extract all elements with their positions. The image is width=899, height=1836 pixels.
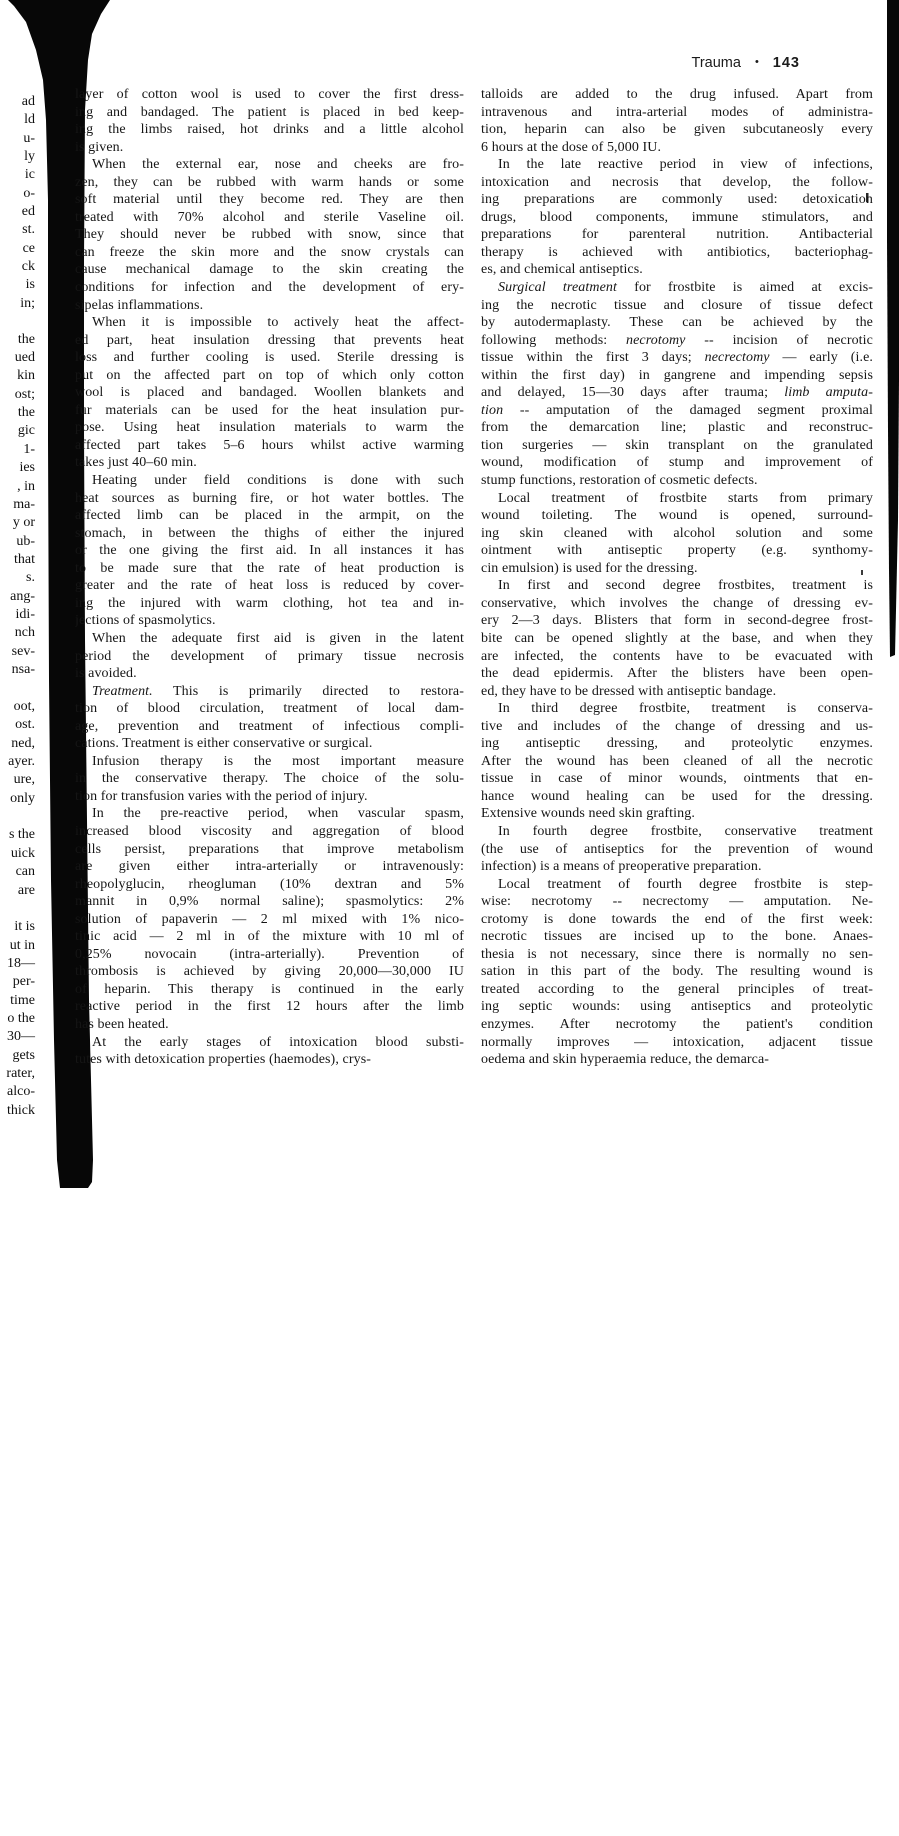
- text-line: thrombosis is achieved by giving 20,000—…: [75, 963, 464, 981]
- margin-text-fragment: , in: [17, 478, 35, 495]
- text-line: In the pre-reactive period, when vascula…: [75, 805, 464, 823]
- margin-text-fragment: only: [10, 790, 35, 807]
- text-line: When it is impossible to actively heat t…: [75, 314, 464, 332]
- text-line: crotomy is done towards the end of the f…: [481, 911, 873, 929]
- text-line: ing and bandaged. The patient is placed …: [75, 104, 464, 122]
- text-line: or the one giving the first aid. In all …: [75, 542, 464, 560]
- margin-text-fragment: uick: [11, 845, 35, 862]
- text-line: intravenous and intra-arterial modes of …: [481, 104, 873, 122]
- text-line: ointment with antiseptic property (e.g. …: [481, 542, 873, 560]
- header-separator-dot: •: [755, 56, 759, 68]
- text-line: ing the limbs raised, hot drinks and a l…: [75, 121, 464, 139]
- margin-text-fragment: the: [18, 331, 35, 348]
- text-line: sation in this part of the body. The res…: [481, 963, 873, 981]
- margin-text-fragment: ly: [24, 148, 35, 165]
- text-line: tion for transfusion varies with the per…: [75, 788, 464, 806]
- text-line: soft material until they become red. The…: [75, 191, 464, 209]
- text-line: Local treatment of frostbite starts from…: [481, 490, 873, 508]
- text-line: heat sources as burning fire, or hot wat…: [75, 490, 464, 508]
- text-line: tion, heparin can also be given subcutan…: [481, 121, 873, 139]
- text-line: are infected, the contents have to be ev…: [481, 648, 873, 666]
- margin-text-fragment: it is: [14, 918, 35, 935]
- margin-text-fragment: is: [26, 276, 35, 293]
- text-line: zen, they can be rubbed with warm hands …: [75, 174, 464, 192]
- text-line: mannit in 0,9% normal saline); spasmolyt…: [75, 893, 464, 911]
- text-line: and delayed, 15—30 days after trauma; li…: [481, 384, 873, 402]
- margin-text-fragment: the: [18, 404, 35, 421]
- text-line: is given.: [75, 139, 464, 157]
- cutoff-margin-text: adldu-lyico-edst.ceckisin;theuedkinost;t…: [0, 0, 37, 1200]
- running-head-title: Trauma: [692, 55, 741, 71]
- text-line: ing preparations are commonly used: deto…: [481, 191, 873, 209]
- margin-text-fragment: ned,: [11, 735, 35, 752]
- text-line: to be made sure that the rate of heat pr…: [75, 560, 464, 578]
- text-line: rheopolyglucin, rheogluman (10% dextran …: [75, 876, 464, 894]
- text-line: in the conservative therapy. The choice …: [75, 770, 464, 788]
- text-line: greater and the rate of heat loss is red…: [75, 577, 464, 595]
- margin-text-fragment: gets: [12, 1047, 35, 1064]
- margin-text-fragment: time: [10, 992, 35, 1009]
- margin-text-fragment: nch: [15, 624, 35, 641]
- page-number: 143: [773, 55, 800, 71]
- margin-text-fragment: ut in: [10, 937, 35, 954]
- margin-text-fragment: ued: [15, 349, 35, 366]
- text-line: They should never be rubbed with snow, s…: [75, 226, 464, 244]
- margin-text-fragment: are: [18, 882, 35, 899]
- margin-text-fragment: oot,: [14, 698, 35, 715]
- text-line: treated with 70% alcohol and sterile Vas…: [75, 209, 464, 227]
- right-text-column: talloids are added to the drug infused. …: [481, 86, 873, 1069]
- margin-text-fragment: ma-: [13, 496, 35, 513]
- text-line: tive and includes of the change of dress…: [481, 718, 873, 736]
- margin-text-fragment: in;: [20, 295, 35, 312]
- text-line: cause mechanical damage to the skin crea…: [75, 261, 464, 279]
- text-line: conservative, which involves the change …: [481, 595, 873, 613]
- text-line: necrotic tissues are incised up to the b…: [481, 928, 873, 946]
- text-line: cations. Treatment is either conservativ…: [75, 735, 464, 753]
- text-line: Local treatment of fourth degree frostbi…: [481, 876, 873, 894]
- margin-text-fragment: ld: [24, 111, 35, 128]
- margin-text-fragment: that: [14, 551, 35, 568]
- text-line: pose. Using heat insulation materials to…: [75, 419, 464, 437]
- text-line: wool is placed and bandaged. Woollen bla…: [75, 384, 464, 402]
- text-line: In first and second degree frostbites, t…: [481, 577, 873, 595]
- margin-text-fragment: u-: [23, 130, 35, 147]
- text-line: In third degree frostbite, treatment is …: [481, 700, 873, 718]
- text-line: affected limb can be placed in the armpi…: [75, 507, 464, 525]
- margin-text-fragment: nsa-: [12, 661, 35, 678]
- text-line: After the wound has been cleaned of all …: [481, 753, 873, 771]
- text-line: tutes with detoxication properties (haem…: [75, 1051, 464, 1069]
- text-line: takes just 40–60 min.: [75, 454, 464, 472]
- text-line: jections of spasmolytics.: [75, 612, 464, 630]
- margin-text-fragment: 30—: [7, 1028, 35, 1045]
- text-line: age, prevention and treatment of infecti…: [75, 718, 464, 736]
- text-line: bite can be opened slightly at the base,…: [481, 630, 873, 648]
- text-line: ing the necrotic tissue and closure of t…: [481, 297, 873, 315]
- margin-text-fragment: y or: [13, 514, 35, 531]
- text-line: increased blood viscosity and aggregatio…: [75, 823, 464, 841]
- text-line: When the adequate first aid is given in …: [75, 630, 464, 648]
- text-line: sipelas inflammations.: [75, 297, 464, 315]
- margin-text-fragment: s the: [9, 826, 35, 843]
- page-edge-shadow: [887, 0, 899, 657]
- text-line: layer of cotton wool is used to cover th…: [75, 86, 464, 104]
- text-line: In fourth degree frostbite, conservative…: [481, 823, 873, 841]
- margin-text-fragment: sev-: [12, 643, 35, 660]
- text-line: the dead epidermis. After the blisters h…: [481, 665, 873, 683]
- text-line: tion -- amputation of the damaged segmen…: [481, 402, 873, 420]
- text-line: oedema and skin hyperaemia reduce, the d…: [481, 1051, 873, 1069]
- text-line: loss and further cooling is used. Steril…: [75, 349, 464, 367]
- text-line: cells persist, preparations that improve…: [75, 841, 464, 859]
- text-line: Extensive wounds need skin grafting.: [481, 805, 873, 823]
- text-line: thesia is not necessary, since there is …: [481, 946, 873, 964]
- text-line: following methods: necrotomy -- incision…: [481, 332, 873, 350]
- text-line: therapy is achieved with antibiotics, ba…: [481, 244, 873, 262]
- margin-text-fragment: can: [16, 863, 35, 880]
- text-line: ed part, heat insulation dressing that p…: [75, 332, 464, 350]
- text-line: has been heated.: [75, 1016, 464, 1034]
- text-line: When the external ear, nose and cheeks a…: [75, 156, 464, 174]
- text-line: within the first day) in gangrene and im…: [481, 367, 873, 385]
- text-line: ed, they have to be dressed with antisep…: [481, 683, 873, 701]
- margin-text-fragment: o the: [7, 1010, 35, 1027]
- text-line: reactive period in the first 12 hours af…: [75, 998, 464, 1016]
- margin-text-fragment: ost;: [15, 386, 35, 403]
- text-line: of heparin. This therapy is continued in…: [75, 981, 464, 999]
- text-line: from the demarcation line; plastic and r…: [481, 419, 873, 437]
- text-line: hance wound healing can be used for the …: [481, 788, 873, 806]
- text-line: Treatment. This is primarily directed to…: [75, 683, 464, 701]
- margin-text-fragment: ies: [19, 459, 35, 476]
- text-line: infection) is a means of preoperative pr…: [481, 858, 873, 876]
- text-line: stomach, in between the thighs of either…: [75, 525, 464, 543]
- text-line: Heating under field conditions is done w…: [75, 472, 464, 490]
- text-line: ing the injured with warm clothing, hot …: [75, 595, 464, 613]
- margin-text-fragment: ure,: [14, 771, 35, 788]
- margin-text-fragment: alco-: [7, 1083, 35, 1100]
- text-line: 6 hours at the dose of 5,000 IU.: [481, 139, 873, 157]
- text-line: treated according to the general princip…: [481, 981, 873, 999]
- text-line: (the use of antiseptics for the preventi…: [481, 841, 873, 859]
- margin-text-fragment: 1-: [23, 441, 35, 458]
- margin-text-fragment: per-: [13, 973, 35, 990]
- margin-text-fragment: idi-: [16, 606, 35, 623]
- text-line: ing septic wounds: using antiseptics and…: [481, 998, 873, 1016]
- margin-text-fragment: ang-: [10, 588, 35, 605]
- text-line: by autodermaplasty. These can be achieve…: [481, 314, 873, 332]
- text-line: is avoided.: [75, 665, 464, 683]
- margin-text-fragment: s.: [26, 569, 35, 586]
- margin-text-fragment: ce: [23, 240, 35, 257]
- text-line: stump functions, restoration of cosmetic…: [481, 472, 873, 490]
- margin-text-fragment: ub-: [16, 533, 35, 550]
- text-line: tion of blood circulation, treatment of …: [75, 700, 464, 718]
- text-line: In the late reactive period in view of i…: [481, 156, 873, 174]
- margin-text-fragment: 18—: [7, 955, 35, 972]
- text-line: ing skin cleaned with alcohol solution a…: [481, 525, 873, 543]
- text-line: cin emulsion) is used for the dressing.: [481, 560, 873, 578]
- text-line: enzymes. After necrotomy the patient's c…: [481, 1016, 873, 1034]
- text-line: affected part takes 5–6 hours whilst act…: [75, 437, 464, 455]
- text-line: talloids are added to the drug infused. …: [481, 86, 873, 104]
- text-line: 0,25% novocain (intra-arterially). Preve…: [75, 946, 464, 964]
- text-line: fur materials can be used for the heat i…: [75, 402, 464, 420]
- margin-text-fragment: ck: [22, 258, 35, 275]
- text-line: tion surgeries — skin transplant on the …: [481, 437, 873, 455]
- margin-text-fragment: gic: [18, 422, 35, 439]
- scanned-book-page: Trauma • 143 adldu-lyico-edst.ceckisin;t…: [0, 0, 899, 1836]
- margin-text-fragment: ost.: [15, 716, 35, 733]
- left-text-column: layer of cotton wool is used to cover th…: [75, 86, 464, 1069]
- margin-text-fragment: ed: [22, 203, 35, 220]
- text-line: tissue in case of minor wounds, ointment…: [481, 770, 873, 788]
- margin-text-fragment: thick: [7, 1102, 35, 1119]
- text-line: wound toileting. The wound is opened, su…: [481, 507, 873, 525]
- text-line: conditions for infection and the develop…: [75, 279, 464, 297]
- text-line: put on the affected part on top of which…: [75, 367, 464, 385]
- margin-text-fragment: ad: [22, 93, 35, 110]
- text-line: ing antiseptic dressing, and proteolytic…: [481, 735, 873, 753]
- margin-text-fragment: st.: [22, 221, 35, 238]
- text-line: tinic acid — 2 ml in of the mixture with…: [75, 928, 464, 946]
- text-line: Surgical treatment for frostbite is aime…: [481, 279, 873, 297]
- text-line: wound, modification of stump and improve…: [481, 454, 873, 472]
- text-line: drugs, blood components, immune stimulat…: [481, 209, 873, 227]
- text-line: normally improves — intoxication, adjace…: [481, 1034, 873, 1052]
- text-line: At the early stages of intoxication bloo…: [75, 1034, 464, 1052]
- text-line: solution of papaverin — 2 ml mixed with …: [75, 911, 464, 929]
- margin-text-fragment: o-: [23, 185, 35, 202]
- text-line: are given either intra-arterially or int…: [75, 858, 464, 876]
- text-line: period the development of primary tissue…: [75, 648, 464, 666]
- text-line: ery 2—3 days. Blisters that form in seco…: [481, 612, 873, 630]
- text-line: Infusion therapy is the most important m…: [75, 753, 464, 771]
- text-line: wise: necrotomy -- necrectomy — amputati…: [481, 893, 873, 911]
- text-line: can freeze the skin more and the snow cr…: [75, 244, 464, 262]
- margin-text-fragment: ayer.: [8, 753, 35, 770]
- text-line: intoxication and necrosis that develop, …: [481, 174, 873, 192]
- margin-text-fragment: kin: [17, 367, 35, 384]
- text-line: es, and chemical antiseptics.: [481, 261, 873, 279]
- text-line: preparations for parenteral nutrition. A…: [481, 226, 873, 244]
- text-line: tissue within the first 3 days; necrecto…: [481, 349, 873, 367]
- margin-text-fragment: rater,: [6, 1065, 35, 1082]
- running-header: Trauma • 143: [630, 55, 800, 71]
- margin-text-fragment: ic: [25, 166, 35, 183]
